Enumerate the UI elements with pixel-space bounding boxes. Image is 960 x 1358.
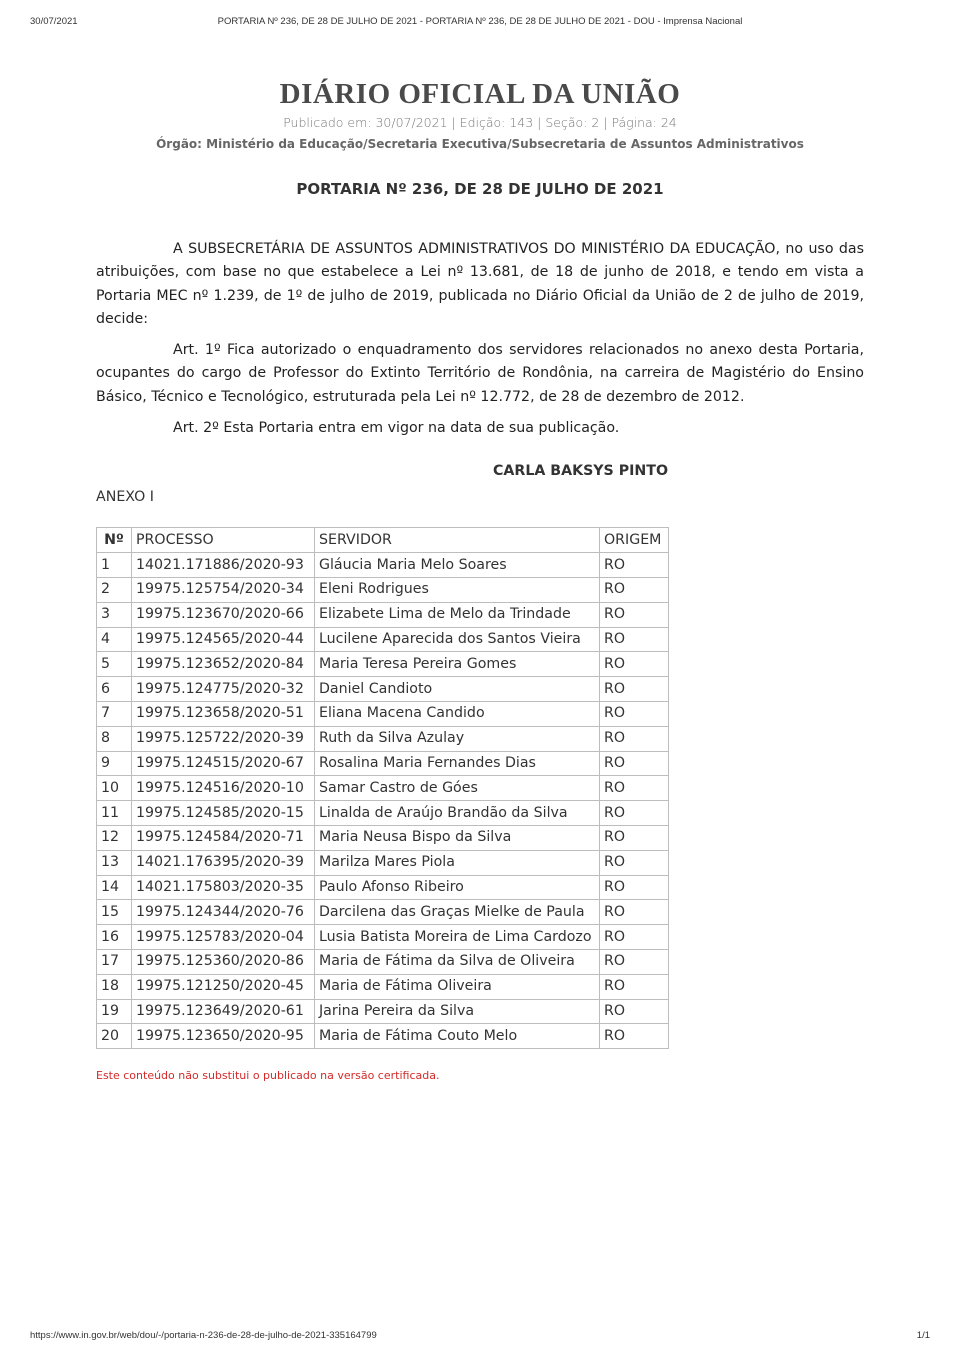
- cell-number: 2: [97, 577, 132, 602]
- cell-origin: RO: [600, 577, 669, 602]
- header-number: Nº: [97, 528, 132, 553]
- cell-process: 19975.123670/2020-66: [132, 602, 315, 627]
- cell-servant: Ruth da Silva Azulay: [315, 726, 600, 751]
- cell-origin: RO: [600, 627, 669, 652]
- cell-process: 19975.124565/2020-44: [132, 627, 315, 652]
- cell-origin: RO: [600, 974, 669, 999]
- table-row: 1719975.125360/2020-86Maria de Fátima da…: [97, 949, 669, 974]
- cell-servant: Paulo Afonso Ribeiro: [315, 875, 600, 900]
- table-row: 1819975.121250/2020-45Maria de Fátima Ol…: [97, 974, 669, 999]
- cell-number: 5: [97, 652, 132, 677]
- cell-number: 6: [97, 677, 132, 702]
- cell-servant: Maria Teresa Pereira Gomes: [315, 652, 600, 677]
- journal-title: DIÁRIO OFICIAL DA UNIÃO: [0, 78, 960, 110]
- table-row: 219975.125754/2020-34Eleni RodriguesRO: [97, 577, 669, 602]
- cell-number: 19: [97, 999, 132, 1024]
- cell-process: 19975.125722/2020-39: [132, 726, 315, 751]
- table-row: 1619975.125783/2020-04Lusia Batista More…: [97, 925, 669, 950]
- issuing-agency: Órgão: Ministério da Educação/Secretaria…: [0, 135, 960, 153]
- cell-origin: RO: [600, 602, 669, 627]
- cell-number: 1: [97, 553, 132, 578]
- cell-process: 19975.125754/2020-34: [132, 577, 315, 602]
- cell-number: 12: [97, 825, 132, 850]
- cell-number: 11: [97, 801, 132, 826]
- cell-servant: Gláucia Maria Melo Soares: [315, 553, 600, 578]
- cell-servant: Elizabete Lima de Melo da Trindade: [315, 602, 600, 627]
- cell-process: 19975.124585/2020-15: [132, 801, 315, 826]
- annex-table: Nº PROCESSO SERVIDOR ORIGEM 114021.17188…: [96, 527, 669, 1049]
- cell-servant: Eleni Rodrigues: [315, 577, 600, 602]
- table-body: 114021.171886/2020-93Gláucia Maria Melo …: [97, 553, 669, 1049]
- signatory: CARLA BAKSYS PINTO: [96, 460, 864, 482]
- cell-origin: RO: [600, 726, 669, 751]
- cell-origin: RO: [600, 677, 669, 702]
- cell-origin: RO: [600, 652, 669, 677]
- cell-origin: RO: [600, 701, 669, 726]
- cell-servant: Maria Neusa Bispo da Silva: [315, 825, 600, 850]
- cell-servant: Jarina Pereira da Silva: [315, 999, 600, 1024]
- cell-number: 8: [97, 726, 132, 751]
- cell-number: 7: [97, 701, 132, 726]
- cell-servant: Maria de Fátima da Silva de Oliveira: [315, 949, 600, 974]
- table-row: 2019975.123650/2020-95Maria de Fátima Co…: [97, 1024, 669, 1049]
- cell-process: 19975.123652/2020-84: [132, 652, 315, 677]
- cell-servant: Maria de Fátima Couto Melo: [315, 1024, 600, 1049]
- cell-process: 19975.123649/2020-61: [132, 999, 315, 1024]
- header-process: PROCESSO: [132, 528, 315, 553]
- cell-number: 3: [97, 602, 132, 627]
- cell-origin: RO: [600, 900, 669, 925]
- table-row: 114021.171886/2020-93Gláucia Maria Melo …: [97, 553, 669, 578]
- print-header: 30/07/2021 PORTARIA Nº 236, DE 28 DE JUL…: [0, 16, 960, 30]
- table-row: 1919975.123649/2020-61Jarina Pereira da …: [97, 999, 669, 1024]
- cell-number: 18: [97, 974, 132, 999]
- cell-servant: Lucilene Aparecida dos Santos Vieira: [315, 627, 600, 652]
- print-footer: https://www.in.gov.br/web/dou/-/portaria…: [0, 1330, 960, 1344]
- table-row: 519975.123652/2020-84Maria Teresa Pereir…: [97, 652, 669, 677]
- cell-origin: RO: [600, 925, 669, 950]
- cell-process: 19975.124344/2020-76: [132, 900, 315, 925]
- table-row: 1414021.175803/2020-35Paulo Afonso Ribei…: [97, 875, 669, 900]
- cell-process: 19975.121250/2020-45: [132, 974, 315, 999]
- cell-servant: Daniel Candioto: [315, 677, 600, 702]
- table-row: 1314021.176395/2020-39Marilza Mares Piol…: [97, 850, 669, 875]
- cell-servant: Lusia Batista Moreira de Lima Cardozo: [315, 925, 600, 950]
- table-row: 1519975.124344/2020-76Darcilena das Graç…: [97, 900, 669, 925]
- table-row: 619975.124775/2020-32Daniel CandiotoRO: [97, 677, 669, 702]
- cell-servant: Marilza Mares Piola: [315, 850, 600, 875]
- cell-origin: RO: [600, 825, 669, 850]
- cell-servant: Maria de Fátima Oliveira: [315, 974, 600, 999]
- header-servant: SERVIDOR: [315, 528, 600, 553]
- cell-origin: RO: [600, 776, 669, 801]
- table-row: 1019975.124516/2020-10Samar Castro de Gó…: [97, 776, 669, 801]
- annex-label: ANEXO I: [96, 486, 864, 508]
- cell-process: 19975.124516/2020-10: [132, 776, 315, 801]
- cell-process: 19975.123658/2020-51: [132, 701, 315, 726]
- table-row: 319975.123670/2020-66Elizabete Lima de M…: [97, 602, 669, 627]
- cell-number: 13: [97, 850, 132, 875]
- cell-origin: RO: [600, 949, 669, 974]
- cell-process: 19975.124775/2020-32: [132, 677, 315, 702]
- preamble-paragraph: A SUBSECRETÁRIA DE ASSUNTOS ADMINISTRATI…: [96, 238, 864, 331]
- cell-origin: RO: [600, 999, 669, 1024]
- cell-process: 14021.176395/2020-39: [132, 850, 315, 875]
- cell-process: 19975.124515/2020-67: [132, 751, 315, 776]
- cell-process: 19975.125783/2020-04: [132, 925, 315, 950]
- cell-number: 10: [97, 776, 132, 801]
- cell-number: 9: [97, 751, 132, 776]
- cell-process: 14021.175803/2020-35: [132, 875, 315, 900]
- cell-process: 19975.125360/2020-86: [132, 949, 315, 974]
- table-row: 419975.124565/2020-44Lucilene Aparecida …: [97, 627, 669, 652]
- print-title: PORTARIA Nº 236, DE 28 DE JULHO DE 2021 …: [0, 16, 960, 27]
- cell-origin: RO: [600, 1024, 669, 1049]
- cell-number: 14: [97, 875, 132, 900]
- cell-number: 4: [97, 627, 132, 652]
- cell-process: 14021.171886/2020-93: [132, 553, 315, 578]
- cell-origin: RO: [600, 850, 669, 875]
- table-header-row: Nº PROCESSO SERVIDOR ORIGEM: [97, 528, 669, 553]
- cell-origin: RO: [600, 751, 669, 776]
- cell-servant: Samar Castro de Góes: [315, 776, 600, 801]
- table-row: 1219975.124584/2020-71Maria Neusa Bispo …: [97, 825, 669, 850]
- cell-origin: RO: [600, 875, 669, 900]
- table-row: 1119975.124585/2020-15Linalda de Araújo …: [97, 801, 669, 826]
- source-url: https://www.in.gov.br/web/dou/-/portaria…: [30, 1330, 377, 1341]
- cell-servant: Linalda de Araújo Brandão da Silva: [315, 801, 600, 826]
- disclaimer-notice: Este conteúdo não substitui o publicado …: [96, 1068, 864, 1084]
- cell-process: 19975.124584/2020-71: [132, 825, 315, 850]
- cell-number: 17: [97, 949, 132, 974]
- cell-servant: Darcilena das Graças Mielke de Paula: [315, 900, 600, 925]
- cell-origin: RO: [600, 553, 669, 578]
- cell-origin: RO: [600, 801, 669, 826]
- masthead: DIÁRIO OFICIAL DA UNIÃO Publicado em: 30…: [0, 78, 960, 153]
- header-origin: ORIGEM: [600, 528, 669, 553]
- cell-servant: Eliana Macena Candido: [315, 701, 600, 726]
- cell-number: 20: [97, 1024, 132, 1049]
- article-2-paragraph: Art. 2º Esta Portaria entra em vigor na …: [96, 417, 864, 440]
- publication-info: Publicado em: 30/07/2021 | Edição: 143 |…: [0, 114, 960, 132]
- table-row: 819975.125722/2020-39Ruth da Silva Azula…: [97, 726, 669, 751]
- cell-number: 16: [97, 925, 132, 950]
- cell-servant: Rosalina Maria Fernandes Dias: [315, 751, 600, 776]
- table-row: 919975.124515/2020-67Rosalina Maria Fern…: [97, 751, 669, 776]
- page-number: 1/1: [917, 1330, 930, 1341]
- cell-number: 15: [97, 900, 132, 925]
- document-body: PORTARIA Nº 236, DE 28 DE JULHO DE 2021 …: [96, 178, 864, 1084]
- table-row: 719975.123658/2020-51Eliana Macena Candi…: [97, 701, 669, 726]
- article-1-paragraph: Art. 1º Fica autorizado o enquadramento …: [96, 339, 864, 409]
- cell-process: 19975.123650/2020-95: [132, 1024, 315, 1049]
- act-title: PORTARIA Nº 236, DE 28 DE JULHO DE 2021: [96, 178, 864, 200]
